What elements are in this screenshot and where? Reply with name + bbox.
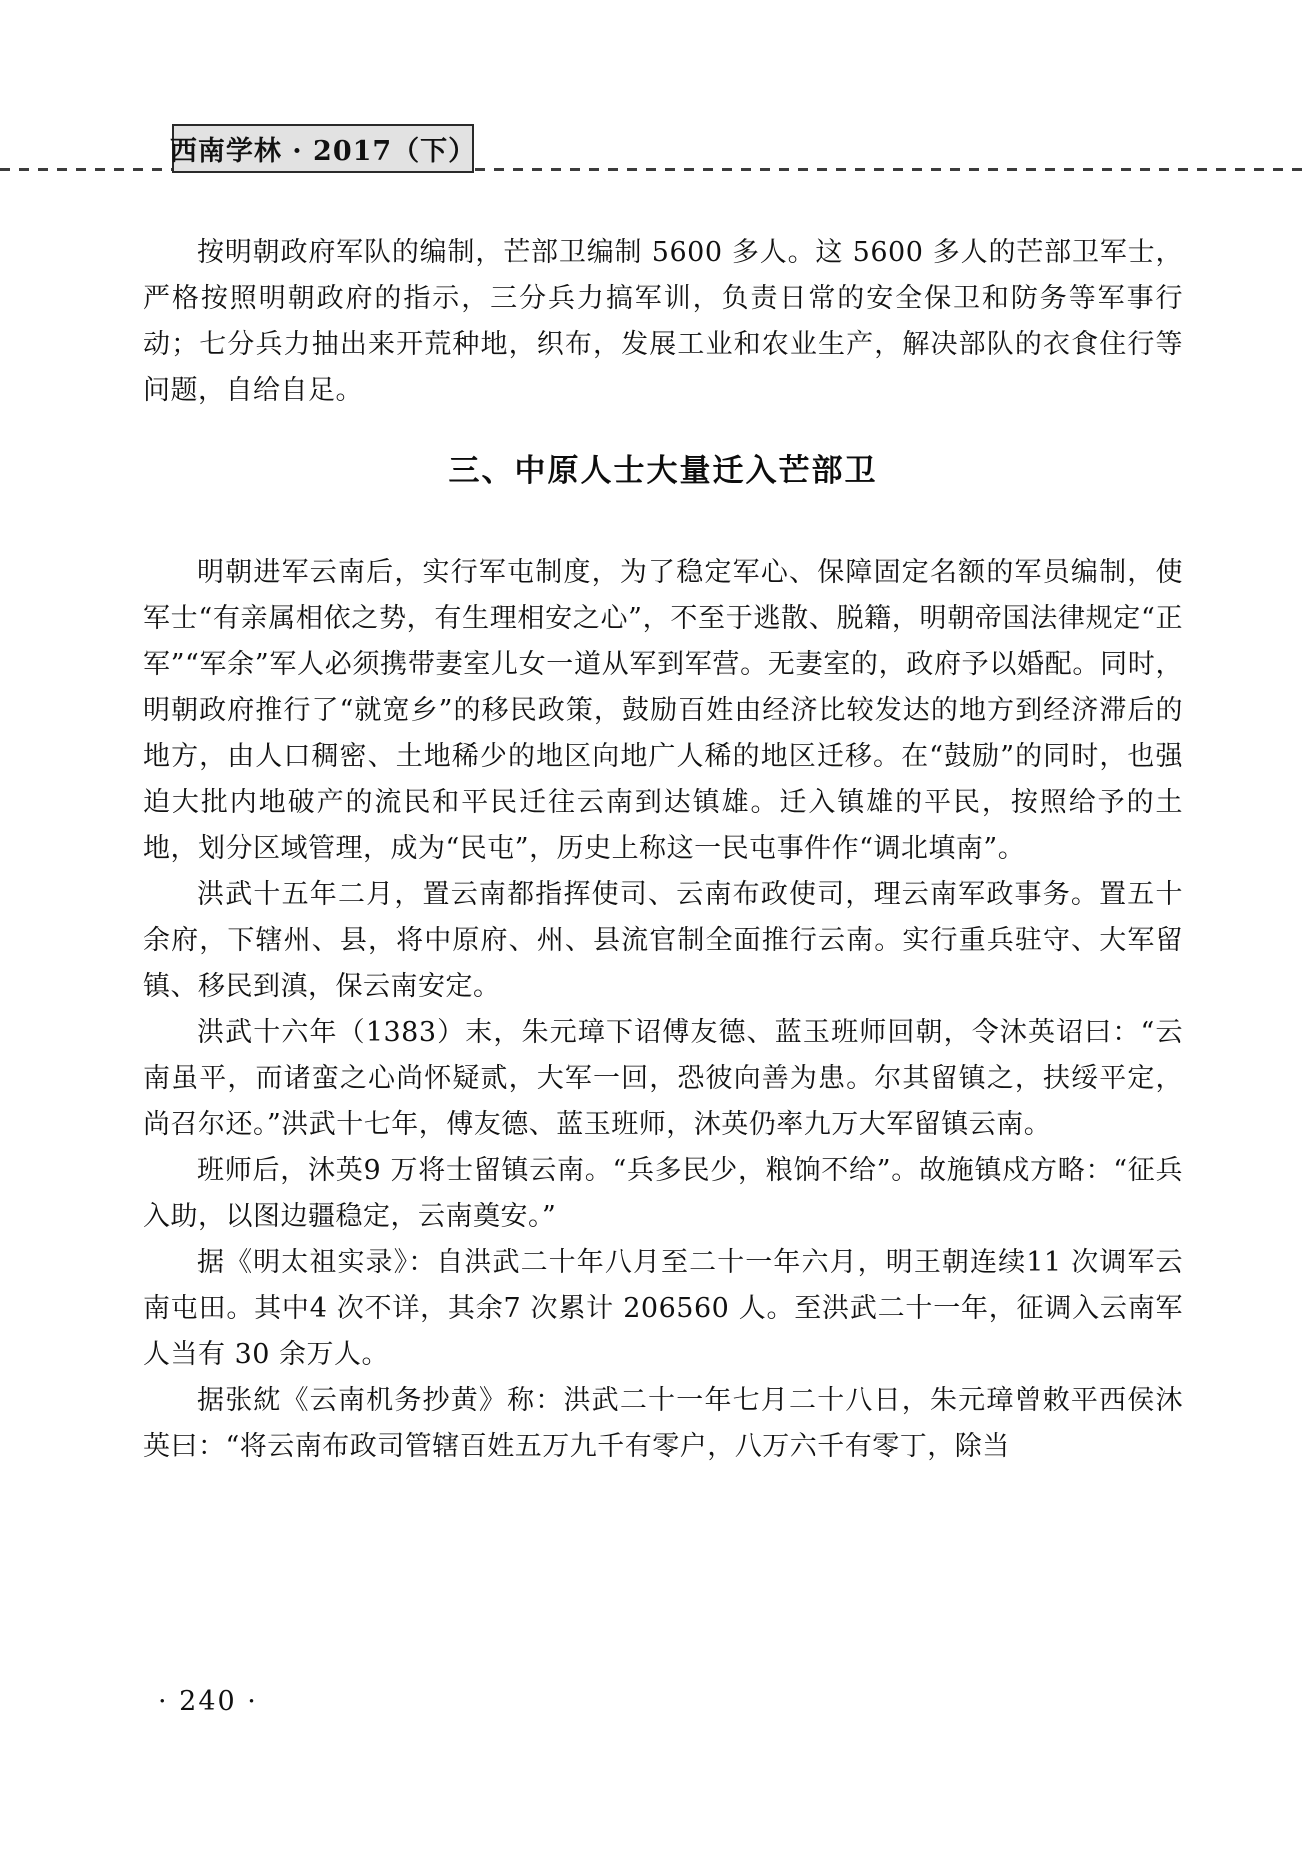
paragraph: 洪武十六年（1383）末，朱元璋下诏傅友德、蓝玉班师回朝，令沐英诏曰：“云南虽平… <box>143 1010 1183 1148</box>
page-body: 按明朝政府军队的编制，芒部卫编制 5600 多人。这 5600 多人的芒部卫军士… <box>143 230 1183 1470</box>
paragraph: 据张紞《云南机务抄黄》称：洪武二十一年七月二十八日，朱元璋曾敕平西侯沐英曰：“将… <box>143 1378 1183 1470</box>
paragraph: 明朝进军云南后，实行军屯制度，为了稳定军心、保障固定名额的军员编制，使军士“有亲… <box>143 550 1183 872</box>
paragraph: 班师后，沐英9 万将士留镇云南。“兵多民少，粮饷不给”。故施镇戍方略：“征兵入助… <box>143 1148 1183 1240</box>
journal-title: 西南学林 · 2017（下） <box>170 129 476 168</box>
book-page: 西南学林 · 2017（下） 按明朝政府军队的编制，芒部卫编制 5600 多人。… <box>0 0 1307 1859</box>
paragraph: 据《明太祖实录》：自洪武二十年八月至二十一年六月，明王朝连续11 次调军云南屯田… <box>143 1240 1183 1378</box>
page-number: · 240 · <box>158 1686 258 1717</box>
paragraph-intro: 按明朝政府军队的编制，芒部卫编制 5600 多人。这 5600 多人的芒部卫军士… <box>143 230 1183 414</box>
running-head: 西南学林 · 2017（下） <box>172 124 474 173</box>
paragraph: 洪武十五年二月，置云南都指挥使司、云南布政使司，理云南军政事务。置五十余府，下辖… <box>143 872 1183 1010</box>
section-heading: 三、中原人士大量迁入芒部卫 <box>143 451 1183 491</box>
